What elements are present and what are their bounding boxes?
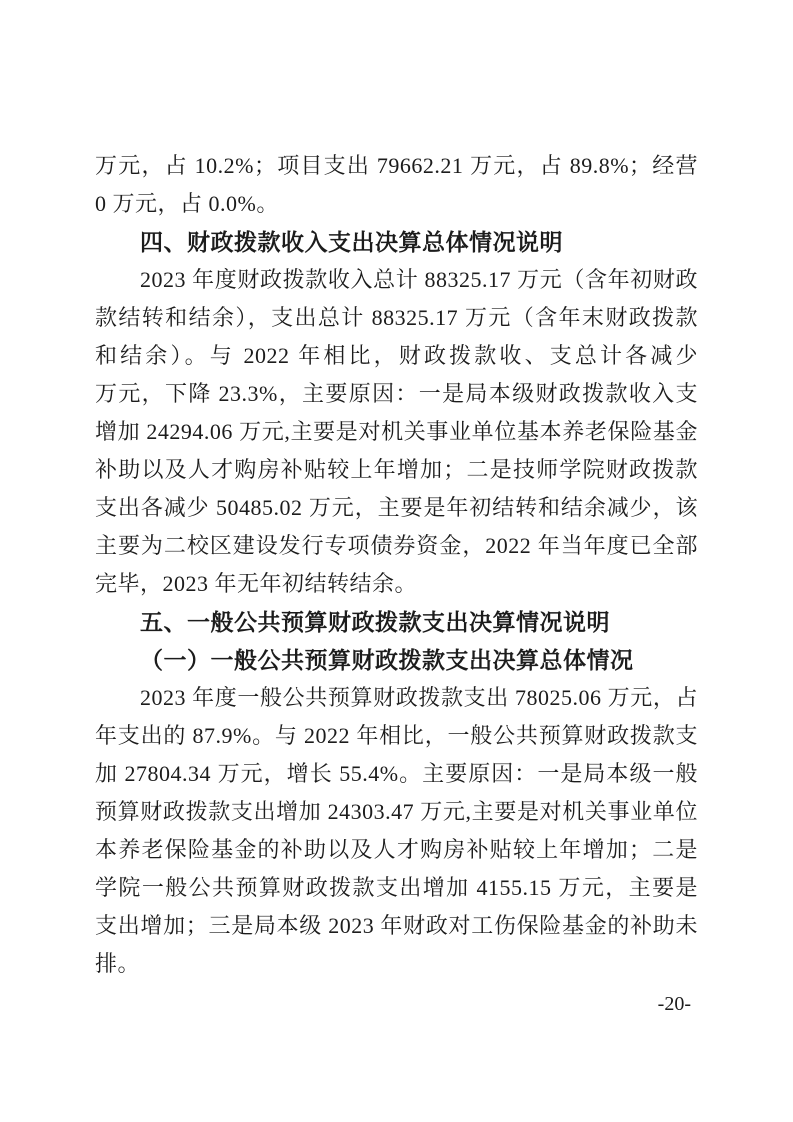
page-number: -20- (658, 992, 691, 1016)
document-page: 万元，占 10.2%；项目支出 79662.21 万元，占 89.8%；经营支出… (0, 0, 793, 1122)
section-heading-4: 四、财政拨款收入支出决算总体情况说明 (95, 223, 698, 261)
paragraph-line: 支出各减少 50485.02 万元，主要是年初结转和结余减少，该资金 (95, 489, 698, 527)
paragraph-line: 本养老保险基金的补助以及人才购房补贴较上年增加；二是技师 (95, 831, 698, 869)
paragraph-line: 预算财政拨款支出增加 24303.47 万元,主要是对机关事业单位基 (95, 793, 698, 831)
paragraph-line: 增加 24294.06 万元,主要是对机关事业单位基本养老保险基金的 (95, 413, 698, 451)
subsection-heading-5-1: （一）一般公共预算财政拨款支出决算总体情况 (95, 641, 698, 679)
paragraph-line: 年支出的 87.9%。与 2022 年相比，一般公共预算财政拨款支出增 (95, 717, 698, 755)
paragraph-line: 万元，占 10.2%；项目支出 79662.21 万元，占 89.8%；经营支出 (95, 147, 698, 185)
paragraph-line: 加 27804.34 万元，增长 55.4%。主要原因：一是局本级一般公共 (95, 755, 698, 793)
paragraph-line: 主要为二校区建设发行专项债券资金，2022 年当年度已全部使用 (95, 527, 698, 565)
paragraph-line: 2023 年度一般公共预算财政拨款支出 78025.06 万元，占本 (95, 679, 698, 717)
paragraph-line: 学院一般公共预算财政拨款支出增加 4155.15 万元，主要是教育 (95, 869, 698, 907)
section-heading-5: 五、一般公共预算财政拨款支出决算情况说明 (95, 603, 698, 641)
paragraph-line: 0 万元，占 0.0%。 (95, 185, 698, 223)
paragraph-line: 款结转和结余），支出总计 88325.17 万元（含年末财政拨款结转 (95, 299, 698, 337)
paragraph-line: 排。 (95, 945, 698, 983)
paragraph-line: 补助以及人才购房补贴较上年增加；二是技师学院财政拨款收入 (95, 451, 698, 489)
paragraph-line: 支出增加；三是局本级 2023 年财政对工伤保险基金的补助未安 (95, 907, 698, 945)
paragraph-line: 万元，下降 23.3%，主要原因：一是局本级财政拨款收入支出各 (95, 375, 698, 413)
page-content: 万元，占 10.2%；项目支出 79662.21 万元，占 89.8%；经营支出… (95, 147, 698, 983)
paragraph-line: 2023 年度财政拨款收入总计 88325.17 万元（含年初财政拨 (95, 261, 698, 299)
paragraph-line: 完毕，2023 年无年初结转结余。 (95, 565, 698, 603)
paragraph-line: 和结余）。与 2022 年相比，财政拨款收、支总计各减少 26845.24 (95, 337, 698, 375)
